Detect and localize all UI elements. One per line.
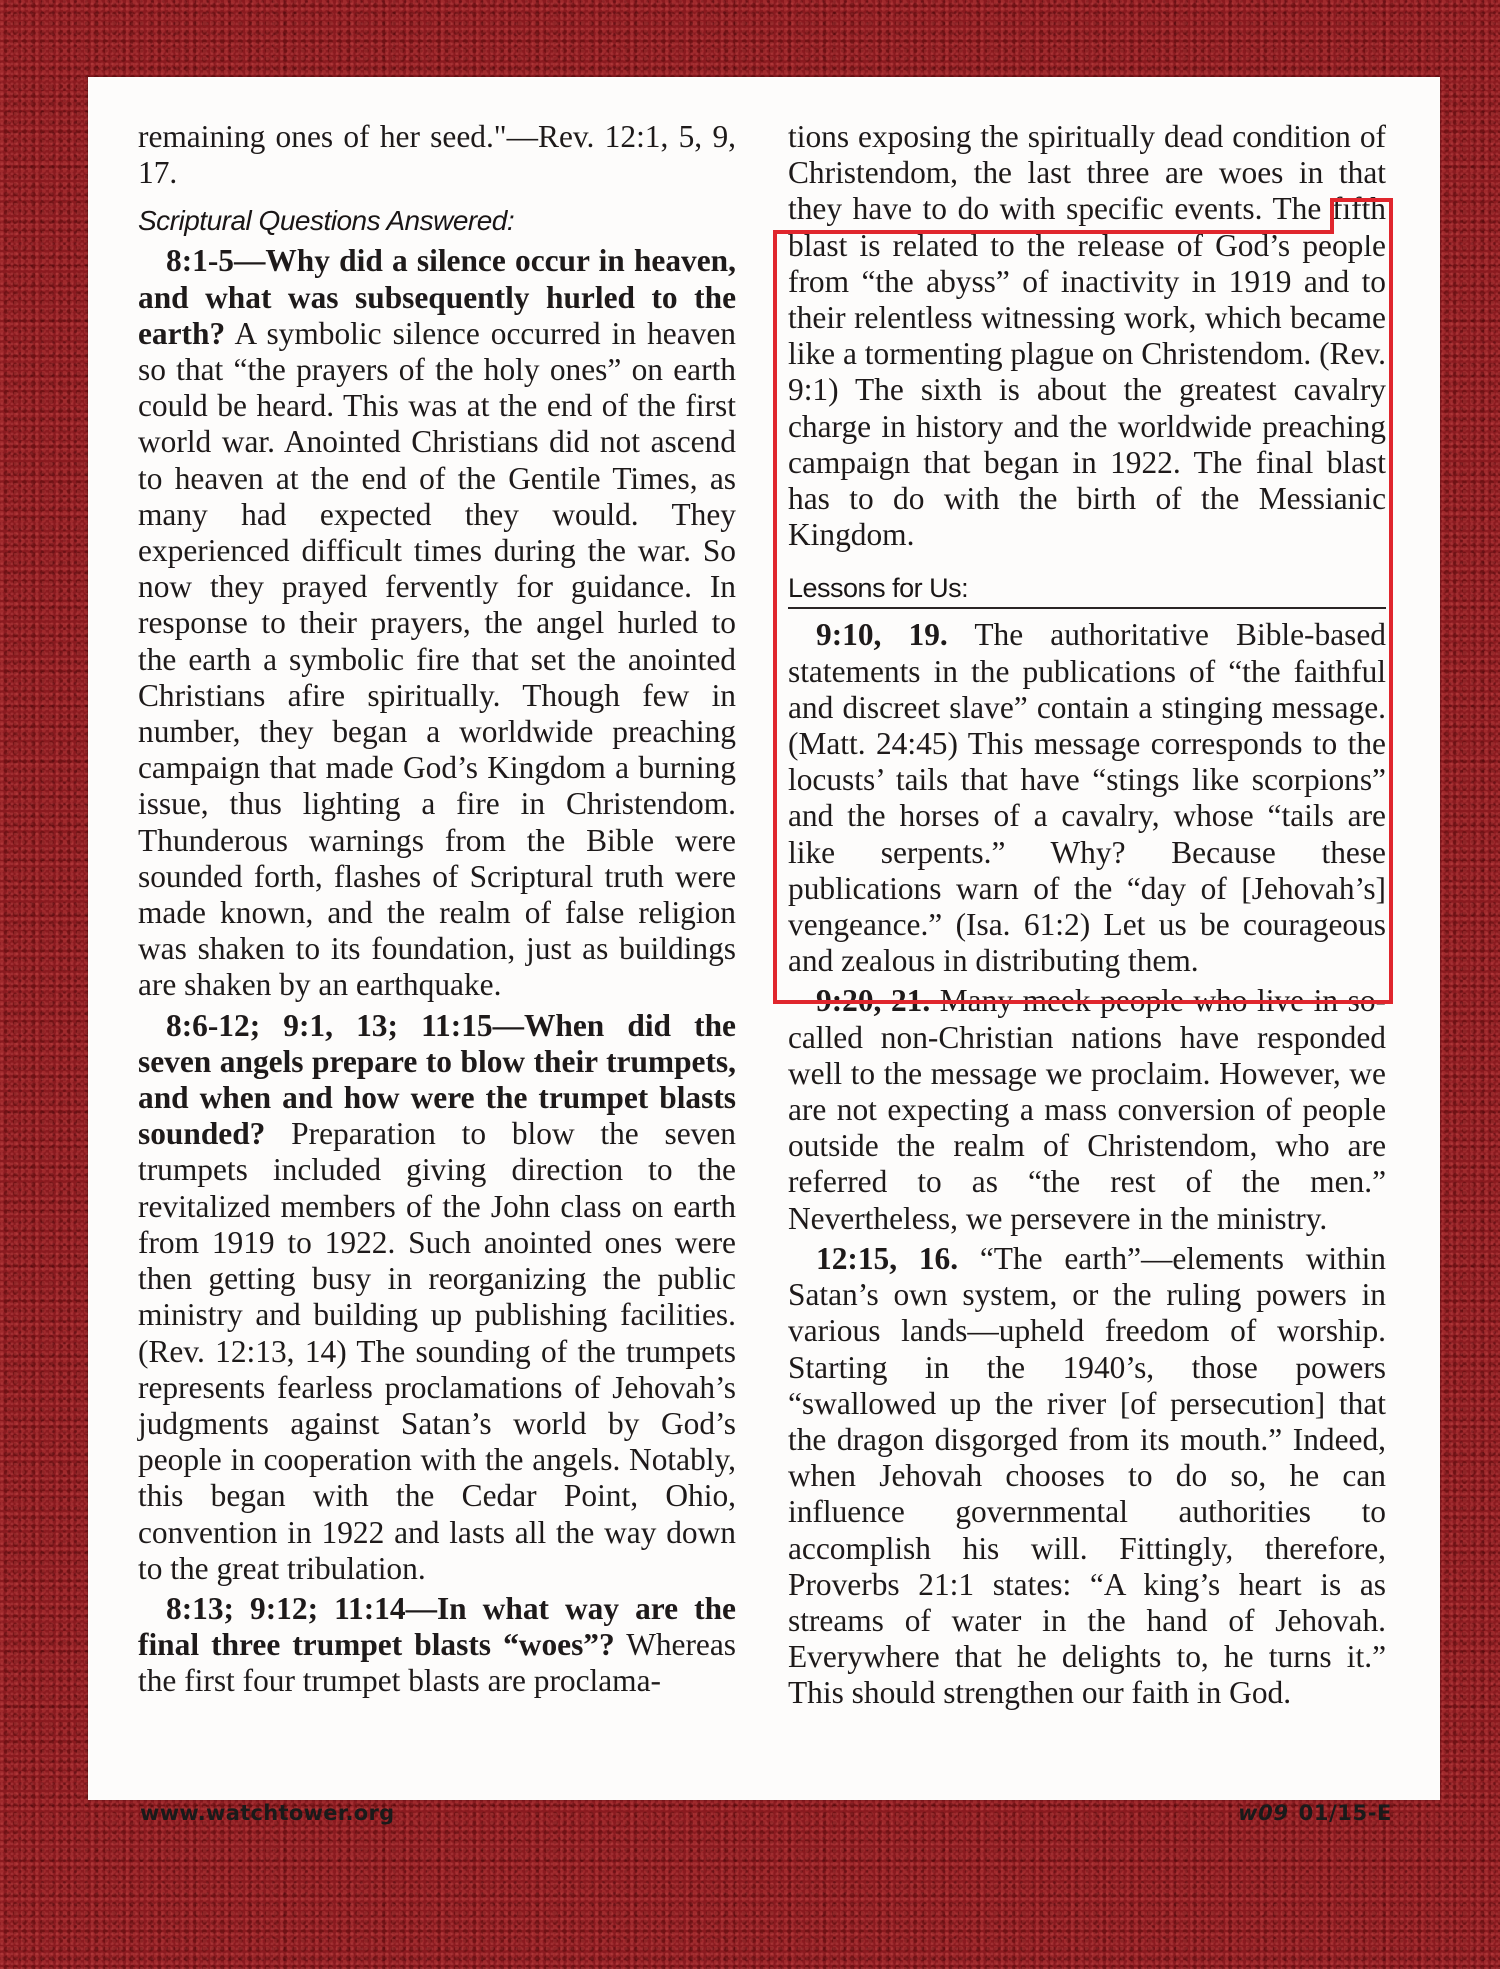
section-heading-scriptural-questions: Scriptural Questions Answered: bbox=[138, 203, 736, 239]
footer-website: www.watchtower.org bbox=[140, 1801, 395, 1825]
continuation-paragraph: tions exposing the spiritually dead cond… bbox=[788, 119, 1386, 553]
intro-text: remaining ones of her seed."—Rev. 12:1, … bbox=[138, 119, 736, 191]
lesson-reference: 9:10, 19. bbox=[816, 617, 948, 652]
section-heading-lessons: Lessons for Us: bbox=[788, 571, 1386, 609]
question-paragraph: 8:1-5—Why did a silence occur in heaven,… bbox=[138, 243, 736, 1003]
lesson-reference: 12:15, 16. bbox=[816, 1241, 958, 1276]
question-paragraph: 8:13; 9:12; 11:14—In what way are the fi… bbox=[138, 1591, 736, 1700]
right-column: tions exposing the spiritually dead cond… bbox=[788, 119, 1386, 1712]
question-reference: 8:6-12; 9:1, 13; 11:15 bbox=[166, 1008, 493, 1043]
issue-date: 01/15-E bbox=[1299, 1801, 1392, 1825]
highlighted-continuation-text: The fifth blast is related to the releas… bbox=[788, 191, 1386, 552]
question-reference: 8:13; 9:12; 11:14 bbox=[166, 1591, 406, 1626]
lesson-text: Many meek people who live in so-called n… bbox=[788, 983, 1386, 1235]
footer-issue: w0901/15-E bbox=[1238, 1801, 1392, 1825]
answer-text: Preparation to blow the seven trumpets i… bbox=[138, 1116, 736, 1585]
question-reference: 8:1-5 bbox=[166, 243, 234, 278]
lesson-reference: 9:20, 21. bbox=[816, 983, 930, 1018]
lesson-paragraph: 12:15, 16. “The earth”—elements within S… bbox=[788, 1241, 1386, 1712]
issue-code: w09 bbox=[1238, 1801, 1288, 1825]
left-column: remaining ones of her seed."—Rev. 12:1, … bbox=[138, 119, 736, 1700]
lesson-text: The authoritative Bible-based statements… bbox=[788, 617, 1386, 978]
lesson-paragraph: 9:20, 21. Many meek people who live in s… bbox=[788, 983, 1386, 1236]
magazine-page: remaining ones of her seed."—Rev. 12:1, … bbox=[88, 77, 1440, 1800]
answer-text: A symbolic silence occurred in heaven so… bbox=[138, 316, 736, 1003]
lesson-text: “The earth”—elements within Satan’s own … bbox=[788, 1241, 1386, 1710]
lesson-paragraph: 9:10, 19. The authoritative Bible-based … bbox=[788, 617, 1386, 979]
question-paragraph: 8:6-12; 9:1, 13; 11:15—When did the seve… bbox=[138, 1008, 736, 1587]
